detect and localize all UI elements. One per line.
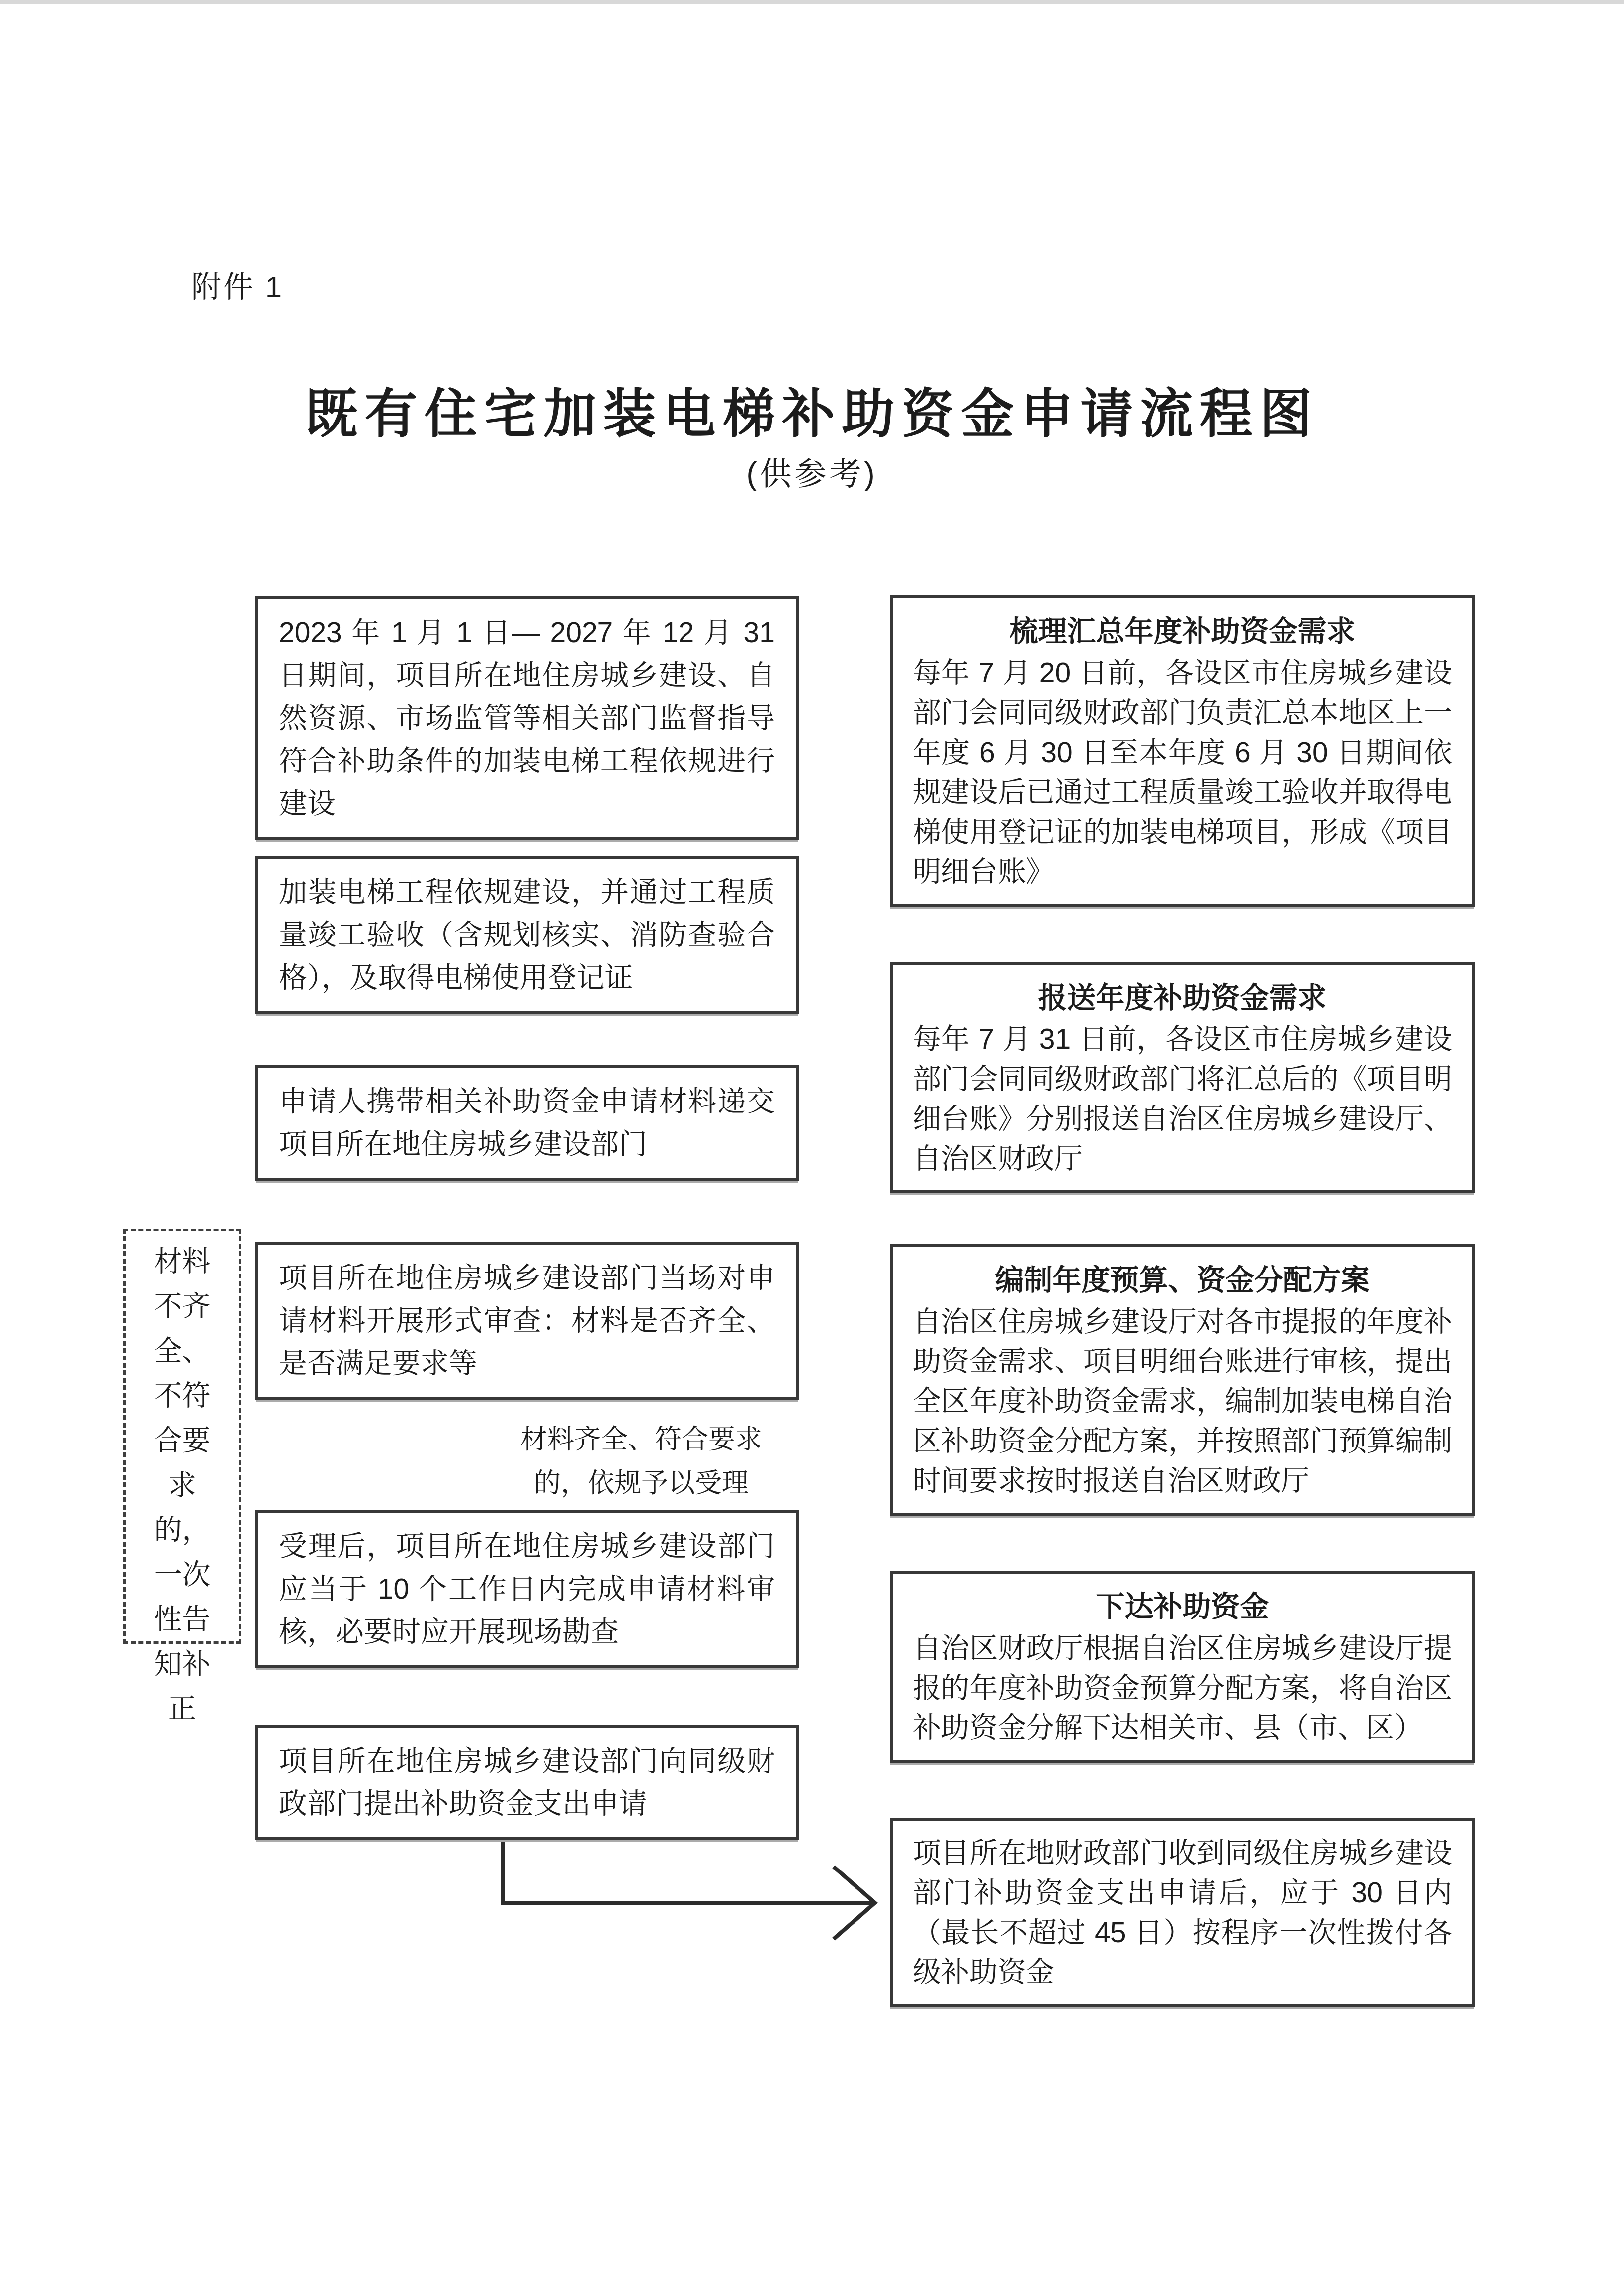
flow-box-disburse-funds: 项目所在地财政部门收到同级住房城乡建设部门补助资金支出申请后，应于 30 日内（… [890, 1818, 1475, 2007]
correction-note-box: 材料不齐全、不符合要求的，一次性告知补正 [123, 1229, 241, 1644]
flow-box-allocate-funds-body: 自治区财政厅根据自治区住房城乡建设厅提报的年度补助资金预算分配方案，将自治区补助… [913, 1628, 1452, 1748]
flow-box-budget-plan: 编制年度预算、资金分配方案 自治区住房城乡建设厅对各市提报的年度补助资金需求、项… [890, 1244, 1475, 1516]
page-title: 既有住宅加装电梯补助资金申请流程图 [0, 372, 1624, 447]
flow-box-report-demand-body: 每年 7 月 31 日前，各设区市住房城乡建设部门会同同级财政部门将汇总后的《项… [913, 1020, 1452, 1179]
page-subtitle: (供参考) [0, 448, 1624, 494]
flow-box-summarize-demand: 梳理汇总年度补助资金需求 每年 7 月 20 日前，各设区市住房城乡建设部门会同… [890, 595, 1475, 907]
flow-box-allocate-funds: 下达补助资金 自治区财政厅根据自治区住房城乡建设厅提报的年度补助资金预算分配方案… [890, 1571, 1475, 1763]
attachment-label: 附件 1 [191, 268, 284, 306]
flow-box-submit-application: 申请人携带相关补助资金申请材料递交项目所在地住房城乡建设部门 [255, 1065, 799, 1181]
flow-box-construction-period: 2023 年 1 月 1 日— 2027 年 12 月 31 日期间，项目所在地… [255, 596, 799, 840]
flow-box-summarize-demand-title: 梳理汇总年度补助资金需求 [913, 610, 1452, 653]
flow-box-report-demand: 报送年度补助资金需求 每年 7 月 31 日前，各设区市住房城乡建设部门会同同级… [890, 962, 1475, 1193]
flow-box-completion-acceptance: 加装电梯工程依规建设，并通过工程质量竣工验收（含规划核实、消防查验合格），及取得… [255, 856, 799, 1014]
flow-box-acceptance-review: 受理后，项目所在地住房城乡建设部门应当于 10 个工作日内完成申请材料审核，必要… [255, 1510, 799, 1668]
flow-box-budget-plan-title: 编制年度预算、资金分配方案 [913, 1259, 1452, 1302]
acceptance-note: 材料齐全、符合要求的，依规予以受理 [512, 1418, 770, 1505]
flow-box-disburse-funds-body: 项目所在地财政部门收到同级住房城乡建设部门补助资金支出申请后，应于 30 日内（… [913, 1833, 1452, 1992]
flow-box-summarize-demand-body: 每年 7 月 20 日前，各设区市住房城乡建设部门会同同级财政部门负责汇总本地区… [913, 653, 1452, 892]
scan-edge-artifact [0, 0, 1624, 4]
flow-box-report-demand-title: 报送年度补助资金需求 [913, 977, 1452, 1020]
flow-box-payment-request: 项目所在地住房城乡建设部门向同级财政部门提出补助资金支出申请 [255, 1725, 799, 1840]
flow-box-budget-plan-body: 自治区住房城乡建设厅对各市提报的年度补助资金需求、项目明细台账进行审核，提出全区… [913, 1302, 1452, 1501]
flow-box-formal-review: 项目所在地住房城乡建设部门当场对申请材料开展形式审查：材料是否齐全、是否满足要求… [255, 1242, 799, 1400]
flow-box-allocate-funds-title: 下达补助资金 [913, 1586, 1452, 1628]
document-page: 附件 1 既有住宅加装电梯补助资金申请流程图 (供参考) 2023 年 1 月 … [0, 0, 1624, 2295]
